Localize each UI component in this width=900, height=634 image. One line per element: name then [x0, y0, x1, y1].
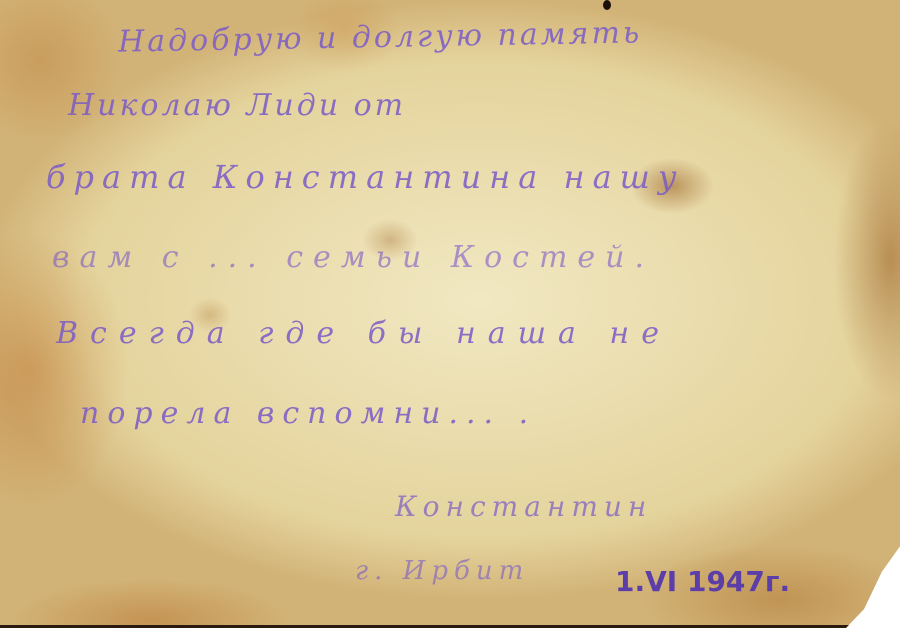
handwriting-line-4: вам с ... семьи Костей.: [52, 240, 654, 275]
handwriting-line-1: Надобрую и долгую память: [118, 15, 643, 59]
date-stamp: 1.VI 1947г.: [615, 565, 790, 598]
photo-back-card: Надобрую и долгую память Николаю Лиди от…: [0, 0, 900, 628]
signature: Константин: [395, 490, 652, 523]
handwriting-line-2: Николаю Лиди от: [68, 88, 406, 123]
handwriting-line-6: порела вспомни... .: [80, 396, 536, 431]
handwriting-line-3: брата Константина нашу: [46, 158, 685, 196]
ink-spot: [603, 0, 611, 10]
place-name: г. Ирбит: [355, 556, 529, 586]
handwriting-line-5: Всегда где бы наша не: [56, 316, 671, 351]
